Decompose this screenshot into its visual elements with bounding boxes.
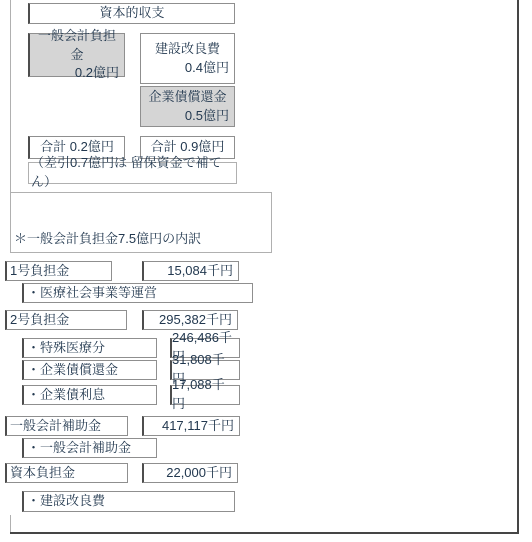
row-label-text: ・一般会計補助金 (27, 439, 131, 458)
row-label-text: 資本負担金 (10, 464, 75, 483)
breakdown-row-label: ・建設改良費 (22, 491, 235, 512)
breakdown-heading: ＊一般会計負担金7.5億円の内訳 (14, 230, 201, 249)
breakdown-row-value: 15,084千円 (142, 261, 239, 281)
breakdown-row-label: ・医療社会事業等運営 (22, 283, 253, 303)
row-value-text: 417,117千円 (162, 417, 234, 436)
general-account-burden-value: 0.2億円 (35, 64, 119, 83)
breakdown-row-value: 417,117千円 (142, 416, 240, 436)
bond-redemption-box: 企業債償還金 0.5億円 (140, 86, 235, 127)
construction-improvement-box: 建設改良費 0.4億円 (140, 33, 235, 84)
breakdown-row-label: 一般会計補助金 (5, 416, 128, 436)
breakdown-row-label: ・一般会計補助金 (22, 438, 157, 458)
general-account-burden-label: 一般会計負担金 (35, 27, 119, 65)
summary-title-box: 資本的収支 (28, 3, 235, 24)
breakdown-row-label: 資本負担金 (5, 463, 128, 483)
breakdown-row-label: ・特殊医療分 (22, 338, 157, 358)
construction-improvement-value: 0.4億円 (146, 59, 229, 78)
difference-note-text: （差引0.7億円は 留保資金で補てん） (31, 154, 236, 192)
page-border-bottom (10, 532, 519, 534)
summary-title: 資本的収支 (99, 4, 164, 23)
breakdown-row-label: ・企業債利息 (22, 385, 157, 405)
difference-note-box: （差引0.7億円は 留保資金で補てん） (28, 162, 237, 184)
row-label-text: ・企業債償還金 (27, 361, 118, 380)
row-label-text: ・建設改良費 (27, 492, 105, 511)
breakdown-heading-box: ＊一般会計負担金7.5億円の内訳 (10, 192, 272, 253)
breakdown-row-value: 22,000千円 (142, 463, 238, 483)
row-value-text: 295,382千円 (159, 311, 232, 330)
breakdown-row-label: 1号負担金 (5, 261, 112, 281)
breakdown-row-label: 2号負担金 (5, 310, 127, 330)
row-label-text: 一般会計補助金 (10, 417, 101, 436)
breakdown-row-label: ・企業債償還金 (22, 360, 157, 380)
row-label-text: 1号負担金 (10, 262, 69, 281)
row-value-text: 17,088千円 (172, 376, 234, 414)
bond-redemption-value: 0.5億円 (146, 107, 229, 126)
page-border-right (517, 0, 519, 534)
bond-redemption-label: 企業債償還金 (146, 88, 229, 107)
row-value-text: 22,000千円 (166, 464, 232, 483)
breakdown-row-value: 295,382千円 (142, 310, 238, 330)
construction-improvement-label: 建設改良費 (146, 40, 229, 59)
row-value-text: 15,084千円 (167, 262, 233, 281)
row-label-text: ・企業債利息 (27, 386, 105, 405)
general-account-burden-box: 一般会計負担金 0.2億円 (28, 33, 125, 77)
row-label-text: 2号負担金 (10, 311, 69, 330)
breakdown-row-value: 17,088千円 (170, 385, 240, 405)
row-label-text: ・医療社会事業等運営 (27, 284, 157, 303)
row-label-text: ・特殊医療分 (27, 339, 105, 358)
document-page: 資本的収支 一般会計負担金 0.2億円 建設改良費 0.4億円 企業債償還金 0… (0, 0, 532, 542)
